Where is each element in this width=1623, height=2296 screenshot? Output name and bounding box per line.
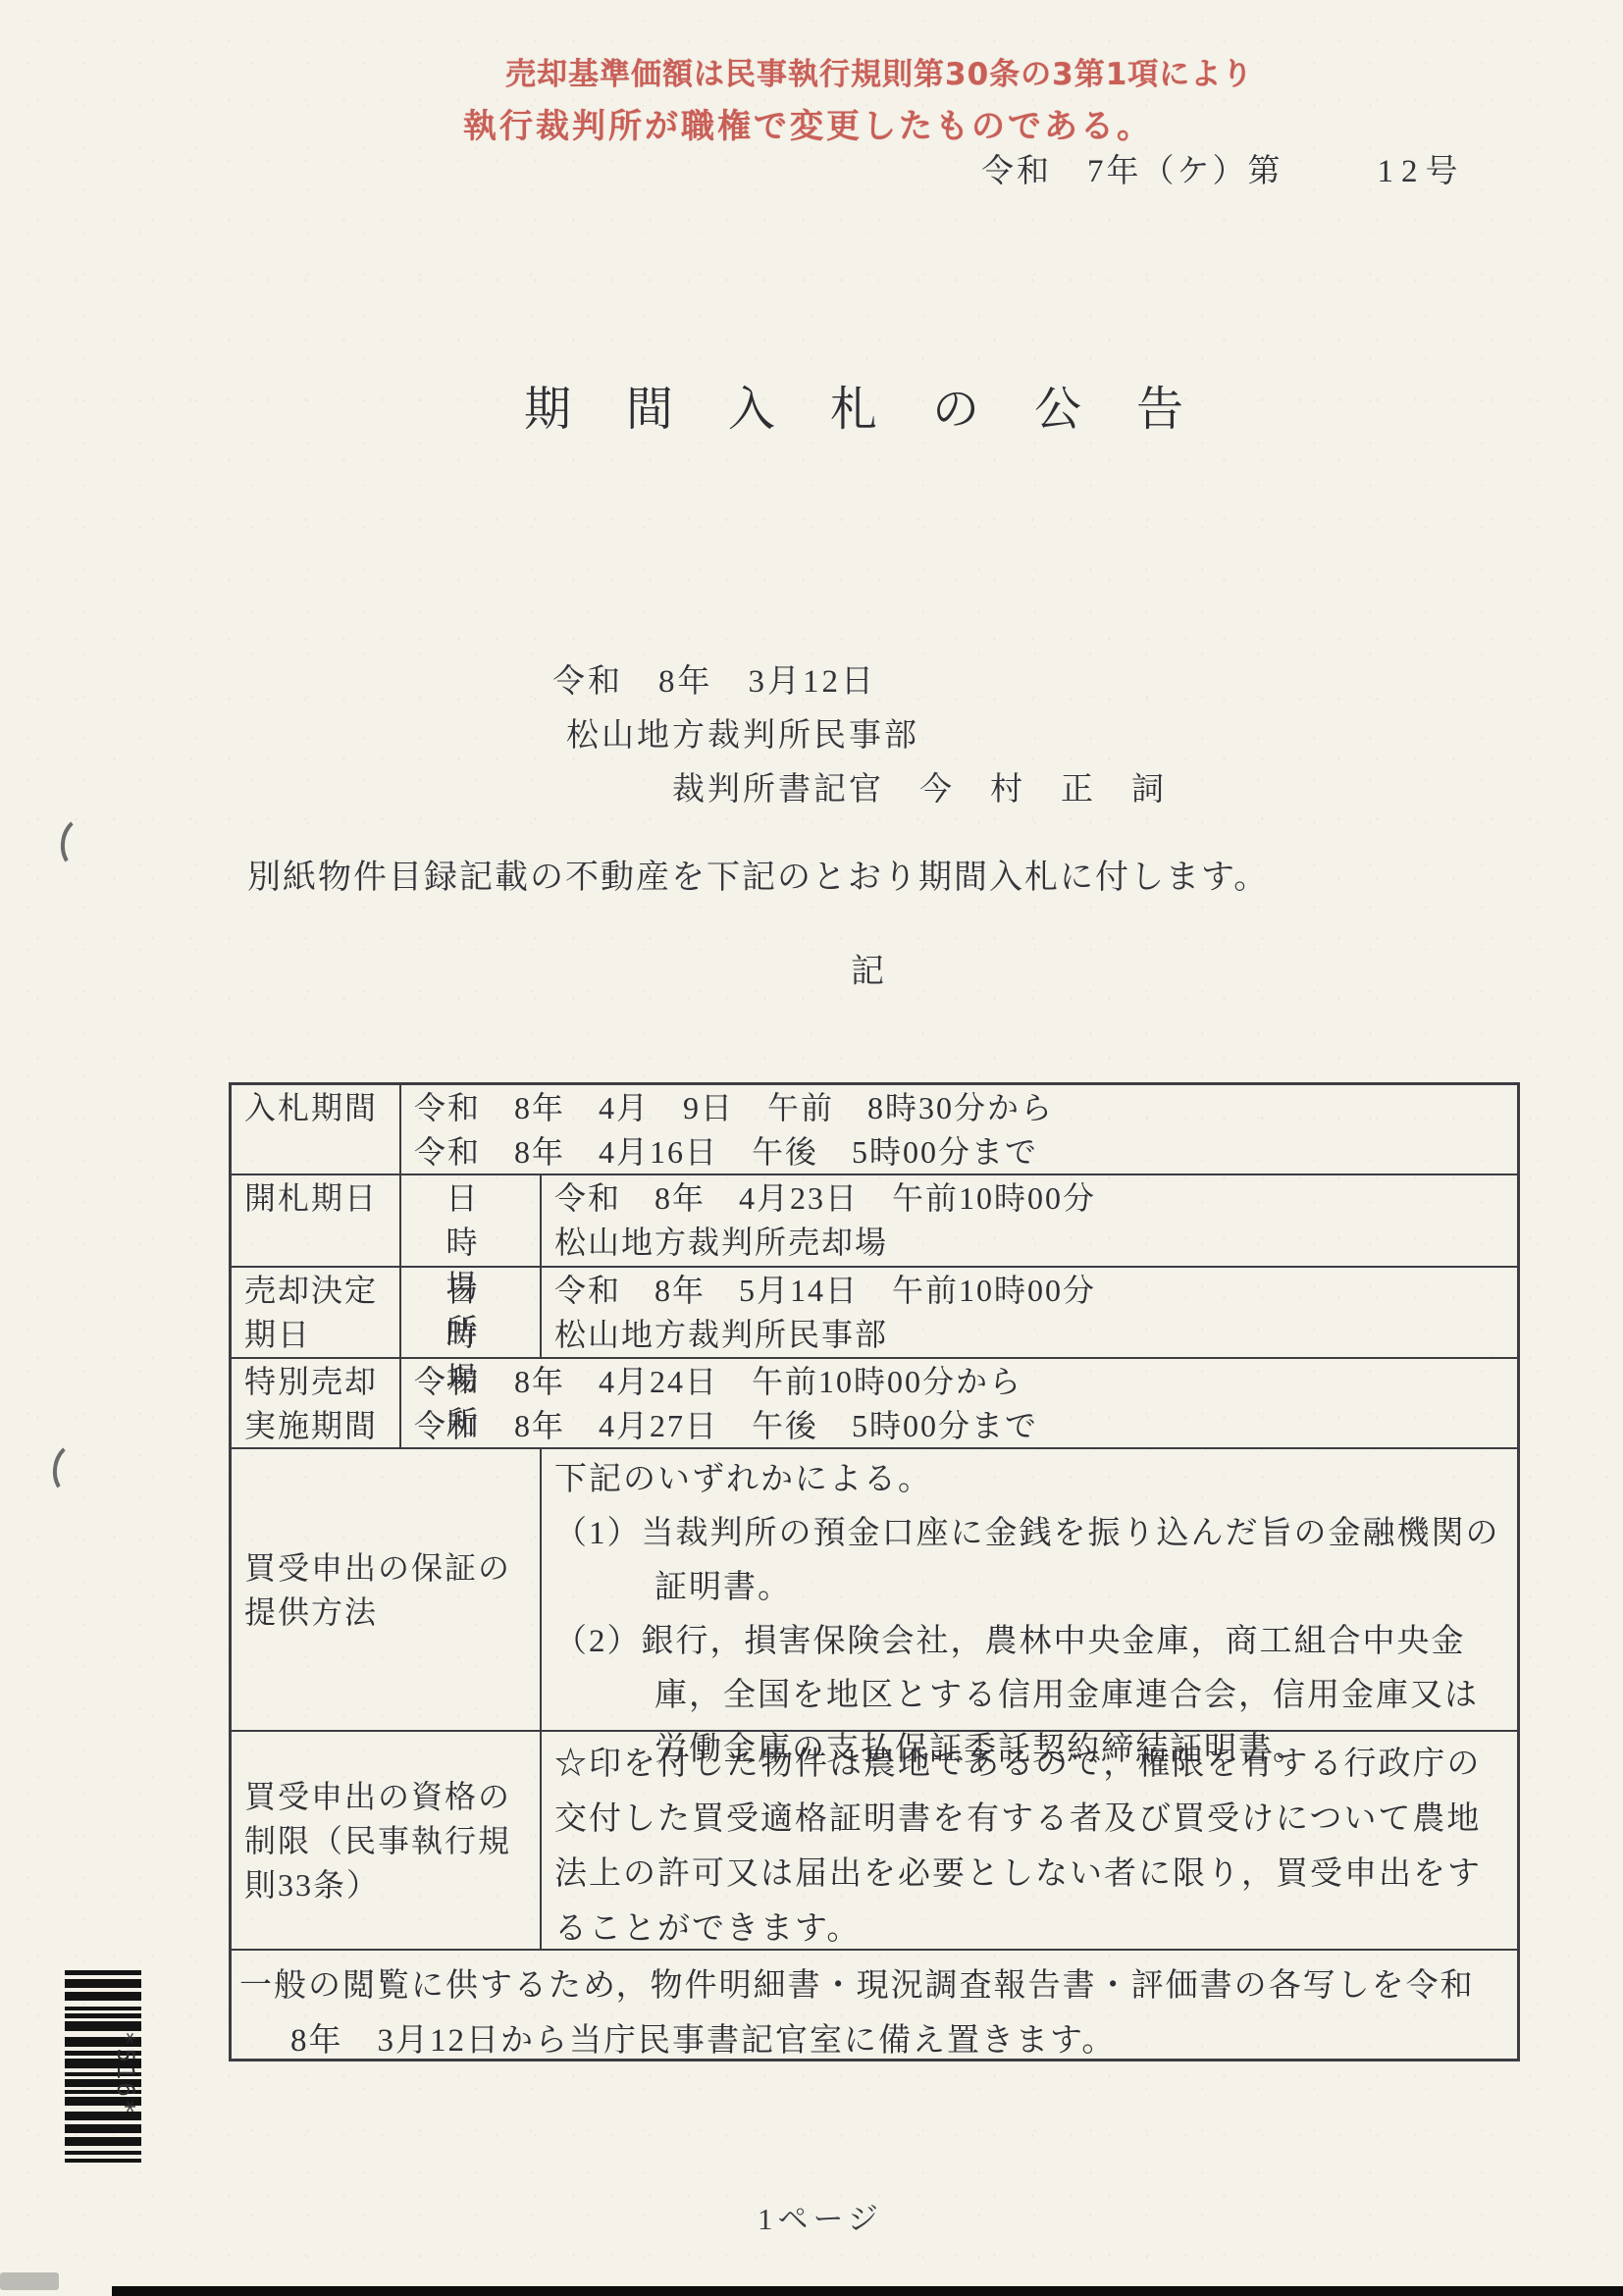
qualification-text: ☆印を付した物件は農地であるので，権限を有する行政庁の交付した買受適格証明書を有… (542, 1732, 1517, 1949)
row-label: 入札期間 (232, 1085, 401, 1174)
intro-text: 別紙物件目録記載の不動産を下記のとおり期間入札に付します。 (247, 850, 1269, 898)
auction-schedule-table: 入札期間 令和 8年 4月 9日 午前 8時30分から 令和 8年 4月16日 … (229, 1082, 1520, 2061)
decision-place: 松山地方裁判所民事部 (554, 1313, 1507, 1357)
row-label: 特別売却 実施期間 (232, 1359, 401, 1447)
row-special-sale: 特別売却 実施期間 令和 8年 4月24日 午前10時00分から 令和 8年 4… (232, 1359, 1517, 1449)
guarantee-item1: （1）当裁判所の預金口座に金銭を振り込んだ旨の金融機関の証明書。 (554, 1507, 1507, 1615)
ki-heading: 記 (851, 944, 886, 992)
decision-values: 令和 8年 5月14日 午前10時00分 松山地方裁判所民事部 (542, 1268, 1517, 1357)
issue-date: 令和 8年 3月12日 (552, 655, 1167, 709)
bid-period-value: 令和 8年 4月 9日 午前 8時30分から 令和 8年 4月16日 午後 5時… (401, 1085, 1517, 1174)
punch-hole-mark (57, 813, 107, 874)
barcode-label: *516* (112, 2031, 139, 2116)
guarantee-intro: 下記のいずれかによる。 (554, 1453, 1507, 1507)
row-public-inspection-note: 一般の閲覧に供するため，物件明細書・現況調査報告書・評価書の各写しを令和 8年 … (232, 1951, 1517, 2059)
row-label-line2: 期日 (244, 1313, 390, 1357)
row-qualification-limit: 買受申出の資格の制限（民事執行規則33条） ☆印を付した物件は農地であるので，権… (232, 1732, 1517, 1951)
punch-hole-mark (49, 1439, 99, 1500)
stamp-text-line1: 売却基準価額は民事執行規則第30条の3第1項により (505, 49, 1253, 93)
special-sale-start: 令和 8年 4月24日 午前10時00分から (414, 1360, 1507, 1404)
case-number-value: 12号 (1378, 154, 1466, 189)
opening-place: 松山地方裁判所売却場 (554, 1221, 1507, 1265)
row-guarantee-method: 買受申出の保証の提供方法 下記のいずれかによる。 （1）当裁判所の預金口座に金銭… (232, 1449, 1517, 1732)
opening-values: 令和 8年 4月23日 午前10時00分 松山地方裁判所売却場 (542, 1175, 1517, 1266)
stamp-text-line2: 執行裁判所が職権で変更したものである。 (463, 99, 1153, 147)
inspection-note-text: 一般の閲覧に供するため，物件明細書・現況調査報告書・評価書の各写しを令和 8年 … (239, 1958, 1507, 2068)
inspection-note: 一般の閲覧に供するため，物件明細書・現況調査報告書・評価書の各写しを令和 8年 … (232, 1951, 1517, 2059)
special-sale-values: 令和 8年 4月24日 午前10時00分から 令和 8年 4月27日 午後 5時… (401, 1359, 1517, 1447)
bid-period-end: 令和 8年 4月16日 午後 5時00分まで (414, 1130, 1507, 1174)
document-header: 令和 8年 3月12日 松山地方裁判所民事部 裁判所書記官 今 村 正 詞 (552, 655, 1167, 817)
row-opening-date: 開札期日 日 時 場 所 令和 8年 4月23日 午前10時00分 松山地方裁判… (232, 1175, 1517, 1268)
case-number: 令和 7年（ケ）第12号 (981, 145, 1466, 191)
decision-datetime: 令和 8年 5月14日 午前10時00分 (554, 1269, 1507, 1313)
court-department: 松山地方裁判所民事部 (566, 709, 1167, 763)
guarantee-text: 下記のいずれかによる。 （1）当裁判所の預金口座に金銭を振り込んだ旨の金融機関の… (542, 1449, 1517, 1730)
row-label: 買受申出の保証の提供方法 (232, 1449, 542, 1730)
row-label: 買受申出の資格の制限（民事執行規則33条） (232, 1732, 542, 1949)
row-bid-period: 入札期間 令和 8年 4月 9日 午前 8時30分から 令和 8年 4月16日 … (232, 1085, 1517, 1175)
row-label: 開札期日 (232, 1175, 401, 1266)
scan-artifact (0, 2272, 59, 2290)
opening-datetime: 令和 8年 4月23日 午前10時00分 (554, 1176, 1507, 1221)
scan-edge-bar (112, 2286, 1623, 2296)
scanned-document-page: 売却基準価額は民事執行規則第30条の3第1項により 執行裁判所が職権で変更したも… (0, 0, 1623, 2296)
case-number-prefix: 令和 7年（ケ）第 (981, 154, 1283, 189)
special-sale-end: 令和 8年 4月27日 午後 5時00分まで (414, 1404, 1507, 1448)
sub-labels: 日 時 場 所 (401, 1268, 542, 1357)
row-label-line1: 特別売却 (244, 1360, 390, 1404)
document-title: 期 間 入 札 の 公 告 (524, 371, 1187, 439)
row-label: 売却決定 期日 (232, 1268, 401, 1357)
row-sale-decision: 売却決定 期日 日 時 場 所 令和 8年 5月14日 午前10時00分 松山地… (232, 1268, 1517, 1359)
datetime-label: 日 時 (401, 1269, 540, 1357)
bid-period-start: 令和 8年 4月 9日 午前 8時30分から (414, 1086, 1507, 1130)
page-number-footer: 1ページ (758, 2194, 883, 2238)
row-label-line2: 実施期間 (244, 1404, 390, 1448)
sub-labels: 日 時 場 所 (401, 1175, 542, 1266)
court-clerk: 裁判所書記官 今 村 正 詞 (672, 763, 1167, 817)
datetime-label: 日 時 (401, 1176, 540, 1265)
row-label-line1: 売却決定 (244, 1269, 390, 1313)
